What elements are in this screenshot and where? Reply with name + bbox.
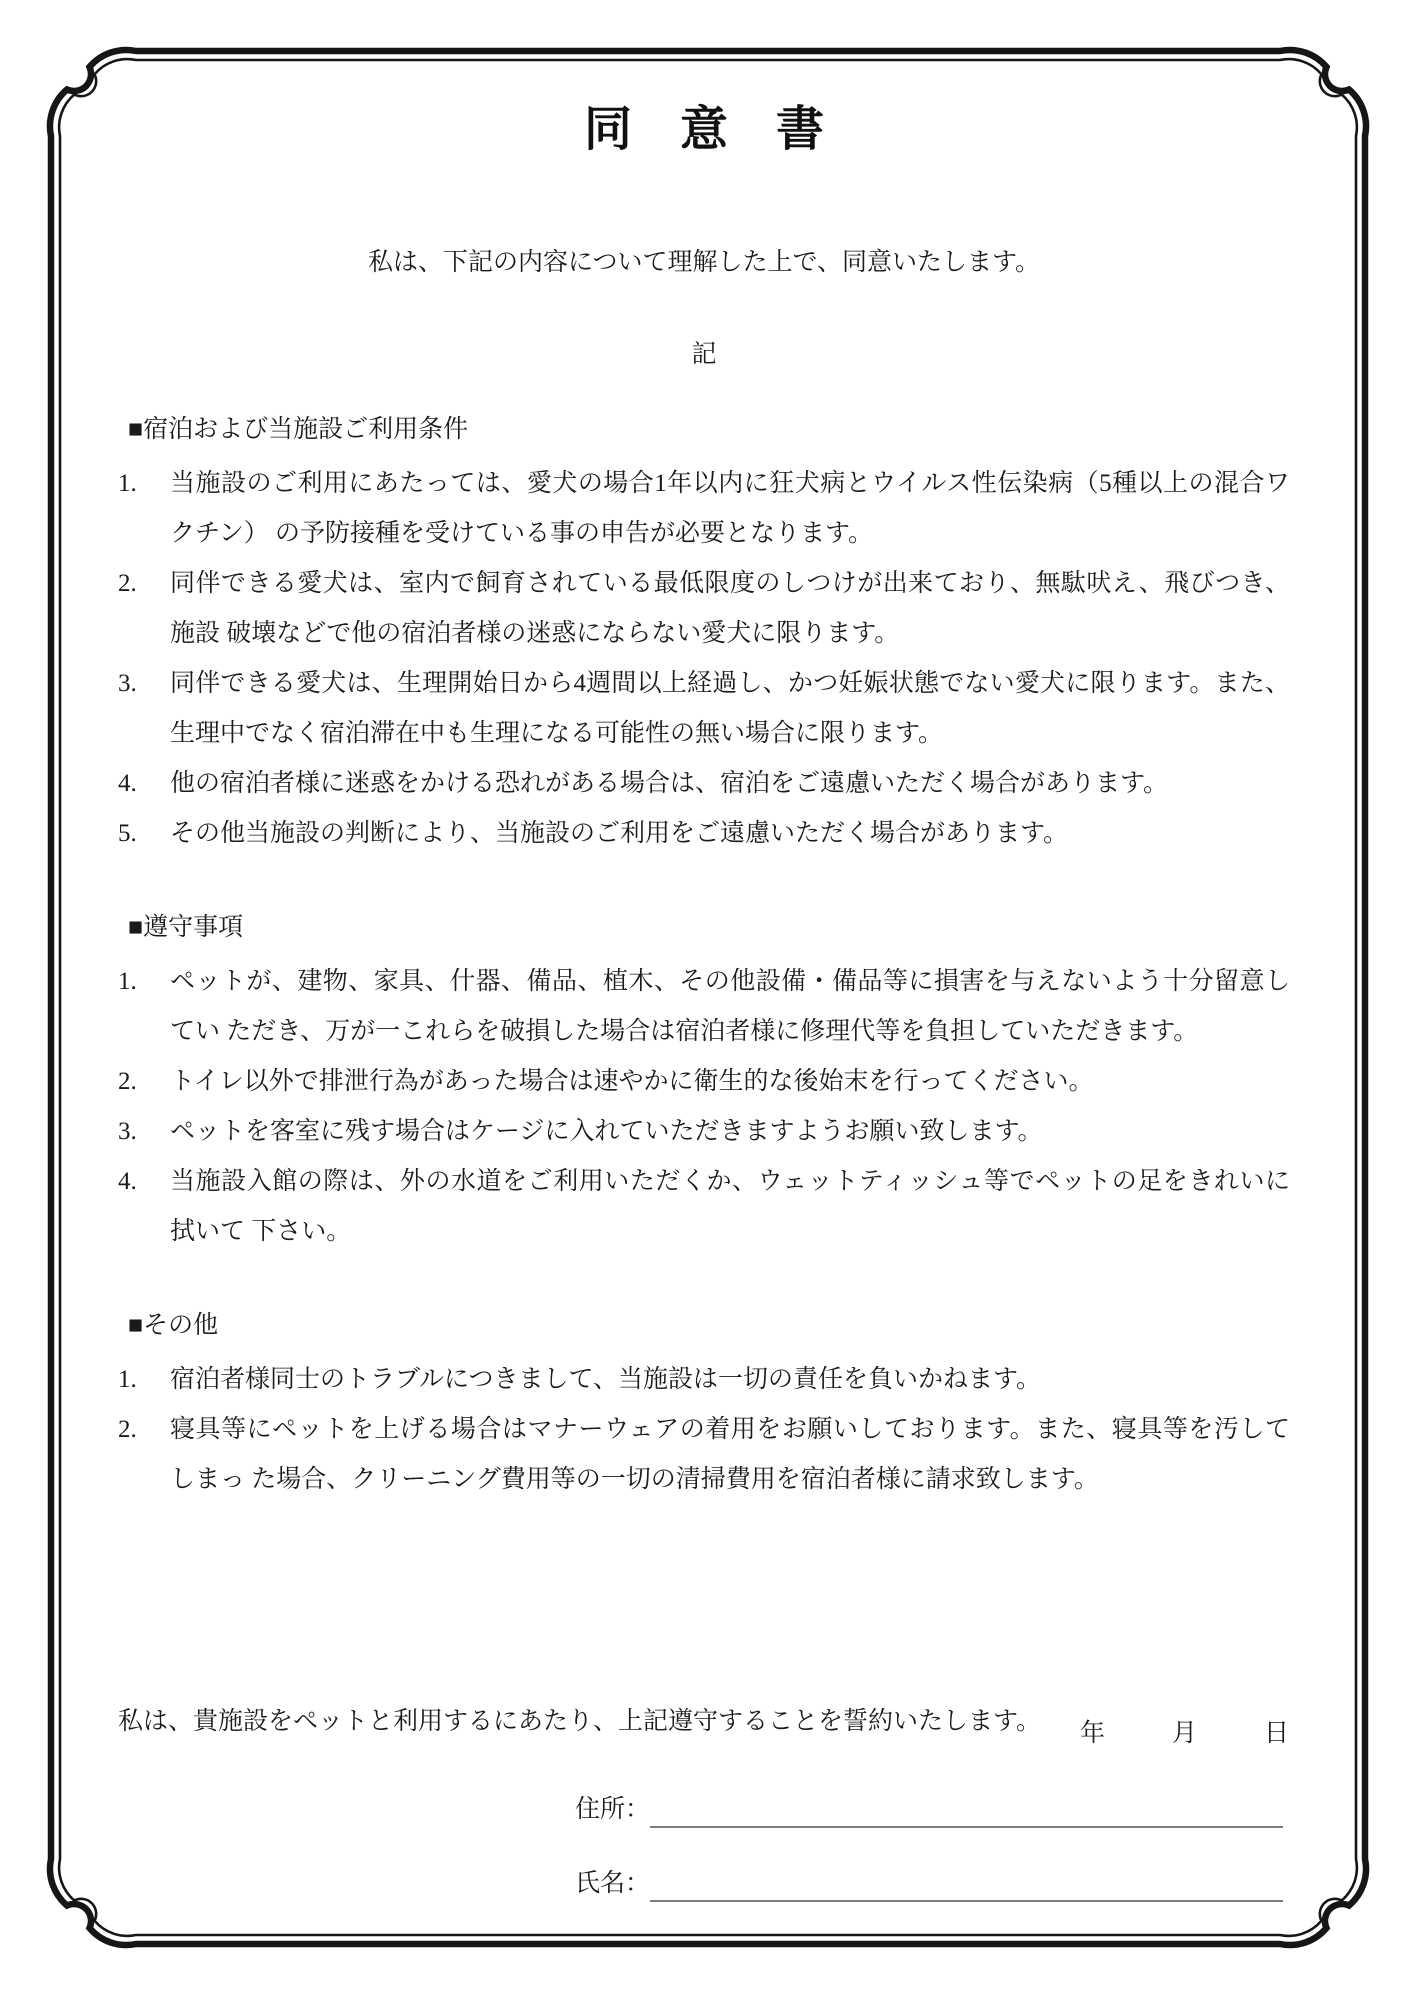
section-heading: ■その他 — [118, 1301, 1290, 1351]
item-text: 寝具等にペットを上げる場合はマナーウェアの着用をお願いしております。また、寝具等… — [170, 1405, 1290, 1505]
date-line: 年 月 日 — [1080, 1716, 1289, 1752]
item-number: 3. — [118, 659, 170, 759]
item-number: 1. — [118, 459, 170, 559]
item-number: 3. — [118, 1107, 170, 1157]
address-field[interactable] — [650, 1792, 1283, 1828]
list-item: 5. その他当施設の判断により、当施設のご利用をご遠慮いただく場合があります。 — [118, 809, 1290, 859]
item-text: トイレ以外で排泄行為があった場合は速やかに衛生的な後始末を行ってください。 — [170, 1057, 1290, 1107]
record-mark: 記 — [118, 330, 1290, 380]
list-item: 1. 宿泊者様同士のトラブルにつきまして、当施設は一切の責任を負いかねます。 — [118, 1355, 1290, 1405]
year-label: 年 — [1080, 1716, 1105, 1752]
section-heading: ■遵守事項 — [118, 903, 1290, 953]
list-item: 4. 当施設入館の際は、外の水道をご利用いただくか、ウェットティッシュ等でペット… — [118, 1157, 1290, 1257]
item-text: 他の宿泊者様に迷惑をかける恐れがある場合は、宿泊をご遠慮いただく場合があります。 — [170, 759, 1290, 809]
name-field[interactable] — [650, 1866, 1283, 1902]
month-label: 月 — [1172, 1716, 1197, 1752]
name-label: 氏名： — [575, 1866, 650, 1902]
day-label: 日 — [1264, 1716, 1289, 1752]
section-other: ■その他 1. 宿泊者様同士のトラブルにつきまして、当施設は一切の責任を負いかね… — [118, 1301, 1290, 1505]
section-item-list: 1. ペットが、建物、家具、什器、備品、植木、その他設備・備品等に損害を与えない… — [118, 957, 1290, 1257]
item-number: 5. — [118, 809, 170, 859]
item-text: 同伴できる愛犬は、室内で飼育されている最低限度のしつけが出来ており、無駄吠え、飛… — [170, 559, 1290, 659]
item-text: ペットが、建物、家具、什器、備品、植木、その他設備・備品等に損害を与えないよう十… — [170, 957, 1290, 1057]
section-item-list: 1. 当施設のご利用にあたっては、愛犬の場合1年以内に狂犬病とウイルス性伝染病（… — [118, 459, 1290, 859]
section-compliance-rules: ■遵守事項 1. ペットが、建物、家具、什器、備品、植木、その他設備・備品等に損… — [118, 903, 1290, 1257]
consent-document-page: 同 意 書 私は、下記の内容について理解した上で、同意いたします。 記 ■宿泊お… — [0, 0, 1414, 2000]
list-item: 3. ペットを客室に残す場合はケージに入れていただきますようお願い致します。 — [118, 1107, 1290, 1157]
item-number: 2. — [118, 1405, 170, 1505]
item-text: その他当施設の判断により、当施設のご利用をご遠慮いただく場合があります。 — [170, 809, 1290, 859]
item-number: 1. — [118, 957, 170, 1057]
item-number: 2. — [118, 559, 170, 659]
section-usage-conditions: ■宿泊および当施設ご利用条件 1. 当施設のご利用にあたっては、愛犬の場合1年以… — [118, 405, 1290, 859]
list-item: 2. 寝具等にペットを上げる場合はマナーウェアの着用をお願いしております。また、… — [118, 1405, 1290, 1505]
list-item: 1. 当施設のご利用にあたっては、愛犬の場合1年以内に狂犬病とウイルス性伝染病（… — [118, 459, 1290, 559]
item-text: ペットを客室に残す場合はケージに入れていただきますようお願い致します。 — [170, 1107, 1290, 1157]
intro-statement: 私は、下記の内容について理解した上で、同意いたします。 — [118, 238, 1290, 288]
list-item: 2. トイレ以外で排泄行為があった場合は速やかに衛生的な後始末を行ってください。 — [118, 1057, 1290, 1107]
item-number: 2. — [118, 1057, 170, 1107]
item-text: 宿泊者様同士のトラブルにつきまして、当施設は一切の責任を負いかねます。 — [170, 1355, 1290, 1405]
document-body: 同 意 書 私は、下記の内容について理解した上で、同意いたします。 記 ■宿泊お… — [118, 0, 1290, 1505]
address-row: 住所： — [575, 1792, 1283, 1828]
list-item: 1. ペットが、建物、家具、什器、備品、植木、その他設備・備品等に損害を与えない… — [118, 957, 1290, 1057]
item-number: 4. — [118, 759, 170, 809]
item-number: 1. — [118, 1355, 170, 1405]
name-row: 氏名： — [575, 1866, 1283, 1902]
address-label: 住所： — [575, 1792, 650, 1828]
section-heading: ■宿泊および当施設ご利用条件 — [118, 405, 1290, 455]
document-title: 同 意 書 — [118, 100, 1290, 160]
list-item: 4. 他の宿泊者様に迷惑をかける恐れがある場合は、宿泊をご遠慮いただく場合があり… — [118, 759, 1290, 809]
item-text: 当施設入館の際は、外の水道をご利用いただくか、ウェットティッシュ等でペットの足を… — [170, 1157, 1290, 1257]
section-item-list: 1. 宿泊者様同士のトラブルにつきまして、当施設は一切の責任を負いかねます。 2… — [118, 1355, 1290, 1505]
list-item: 3. 同伴できる愛犬は、生理開始日から4週間以上経過し、かつ妊娠状態でない愛犬に… — [118, 659, 1290, 759]
item-number: 4. — [118, 1157, 170, 1257]
item-text: 当施設のご利用にあたっては、愛犬の場合1年以内に狂犬病とウイルス性伝染病（5種以… — [170, 459, 1290, 559]
item-text: 同伴できる愛犬は、生理開始日から4週間以上経過し、かつ妊娠状態でない愛犬に限りま… — [170, 659, 1290, 759]
list-item: 2. 同伴できる愛犬は、室内で飼育されている最低限度のしつけが出来ており、無駄吠… — [118, 559, 1290, 659]
